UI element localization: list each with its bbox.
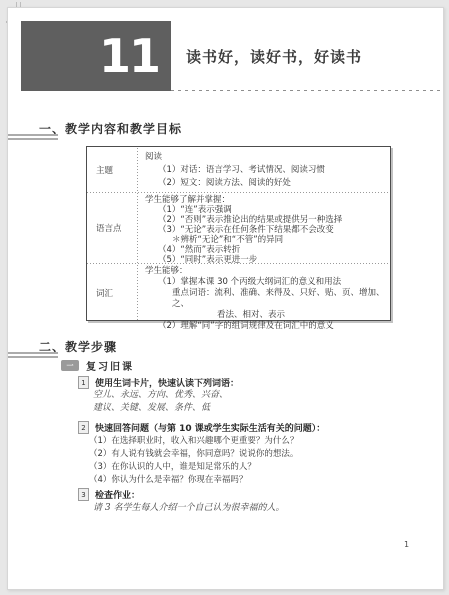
question-item: （3）在你认识的人中，谁是知足常乐的人？	[89, 461, 298, 474]
document-page: 11 读书好，读好书，好读书 一、教学内容和教学目标 主题 阅读 （1）对话：语…	[7, 7, 444, 590]
vocabulary-wordlist: 空儿、永远、方向、优秀、兴奋、 建议、关键、发展、条件、低	[93, 389, 228, 415]
row-label-theme: 主题	[87, 147, 137, 192]
subsection-number-badge: 一	[61, 360, 79, 371]
scanned-page-canvas: 11 读书好，读好书，好读书 一、教学内容和教学目标 主题 阅读 （1）对话：语…	[0, 0, 449, 595]
step-number-badge: 2	[78, 421, 89, 434]
section-heading-rule	[8, 352, 58, 358]
table-cell-line: （4）“然而”表示转折	[158, 245, 386, 255]
subsection-review: 一 复习旧课	[61, 358, 134, 373]
table-cell-line: （2）理解“同”字的组词规律及在词汇中的意义	[158, 321, 386, 332]
row-label-vocabulary: 词汇	[87, 263, 137, 322]
row-label-language-points: 语言点	[87, 192, 137, 263]
header-divider-dashed	[171, 90, 441, 91]
step-1-header: 1 使用生词卡片，快速认读下列词语：	[78, 376, 239, 389]
wordlist-line: 建议、关键、发展、条件、低	[93, 402, 228, 415]
table-row-vocabulary: 词汇 学生能够： （1）掌握本课 30 个丙级大纲词汇的意义和用法 重点词语：流…	[87, 263, 390, 322]
question-list: （1）在选择职业时，收入和兴趣哪个更重要？为什么？ （2）有人说有钱就会幸福，你…	[89, 435, 298, 487]
table-cell-line: 重点词语：流利、准确、来得及、只好、贴、页、增加、之、	[172, 288, 386, 310]
question-item: （1）在选择职业时，收入和兴趣哪个更重要？为什么？	[89, 435, 298, 448]
step-number-badge: 3	[78, 488, 89, 501]
subsection-title: 复习旧课	[86, 358, 134, 373]
table-cell-line: （1）对话：语言学习、考试情况、阅读习惯	[158, 164, 386, 177]
row-content-theme: 阅读 （1）对话：语言学习、考试情况、阅读习惯 （2）短文：阅读方法、阅读的好处	[137, 147, 390, 192]
objectives-table: 主题 阅读 （1）对话：语言学习、考试情况、阅读习惯 （2）短文：阅读方法、阅读…	[86, 146, 391, 321]
table-cell-line: ＊辨析“无论”和“不管”的异同	[172, 235, 386, 245]
wordlist-line: 空儿、永远、方向、优秀、兴奋、	[93, 389, 228, 402]
table-cell-line: 学生能够：	[145, 266, 386, 277]
step-title: 检查作业：	[95, 488, 140, 501]
section-heading-objectives: 一、教学内容和教学目标	[39, 120, 182, 137]
table-cell-line: （1）掌握本课 30 个丙级大纲词汇的意义和用法	[158, 277, 386, 288]
step-3-header: 3 检查作业：	[78, 488, 140, 501]
homework-instruction: 请 3 名学生每人介绍一个自己认为很幸福的人。	[93, 502, 284, 515]
table-cell-line: 看法、相对、表示	[217, 310, 386, 321]
step-number-badge: 1	[78, 376, 89, 389]
chapter-number-box: 11	[21, 21, 171, 91]
question-item: （2）有人说有钱就会幸福，你同意吗？说说你的想法。	[89, 448, 298, 461]
step-title: 快速回答问题（与第 10 课或学生实际生活有关的问题）：	[95, 421, 325, 434]
row-content-vocabulary: 学生能够： （1）掌握本课 30 个丙级大纲词汇的意义和用法 重点词语：流利、准…	[137, 263, 390, 322]
section-heading-rule	[8, 134, 58, 140]
question-item: （4）你认为什么是幸福？你现在幸福吗？	[89, 474, 298, 487]
chapter-title: 读书好，读好书，好读书	[186, 21, 362, 91]
page-number: 1	[404, 540, 409, 549]
table-cell-line: （3）“无论”表示在任何条件下结果都不会改变	[158, 225, 386, 235]
table-row-theme: 主题 阅读 （1）对话：语言学习、考试情况、阅读习惯 （2）短文：阅读方法、阅读…	[87, 147, 390, 192]
chapter-number: 11	[99, 21, 171, 91]
table-cell-line: （2）“否则”表示推论出的结果或提供另一种选择	[158, 215, 386, 225]
step-2-header: 2 快速回答问题（与第 10 课或学生实际生活有关的问题）：	[78, 421, 325, 434]
table-cell-line: （1）“连”表示强调	[158, 205, 386, 215]
table-row-language-points: 语言点 学生能够了解并掌握： （1）“连”表示强调 （2）“否则”表示推论出的结…	[87, 192, 390, 263]
step-title: 使用生词卡片，快速认读下列词语：	[95, 376, 239, 389]
row-content-language-points: 学生能够了解并掌握： （1）“连”表示强调 （2）“否则”表示推论出的结果或提供…	[137, 192, 390, 263]
table-cell-line: 学生能够了解并掌握：	[145, 195, 386, 205]
table-cell-line: （2）短文：阅读方法、阅读的好处	[158, 177, 386, 190]
table-cell-line: 阅读	[145, 151, 386, 164]
